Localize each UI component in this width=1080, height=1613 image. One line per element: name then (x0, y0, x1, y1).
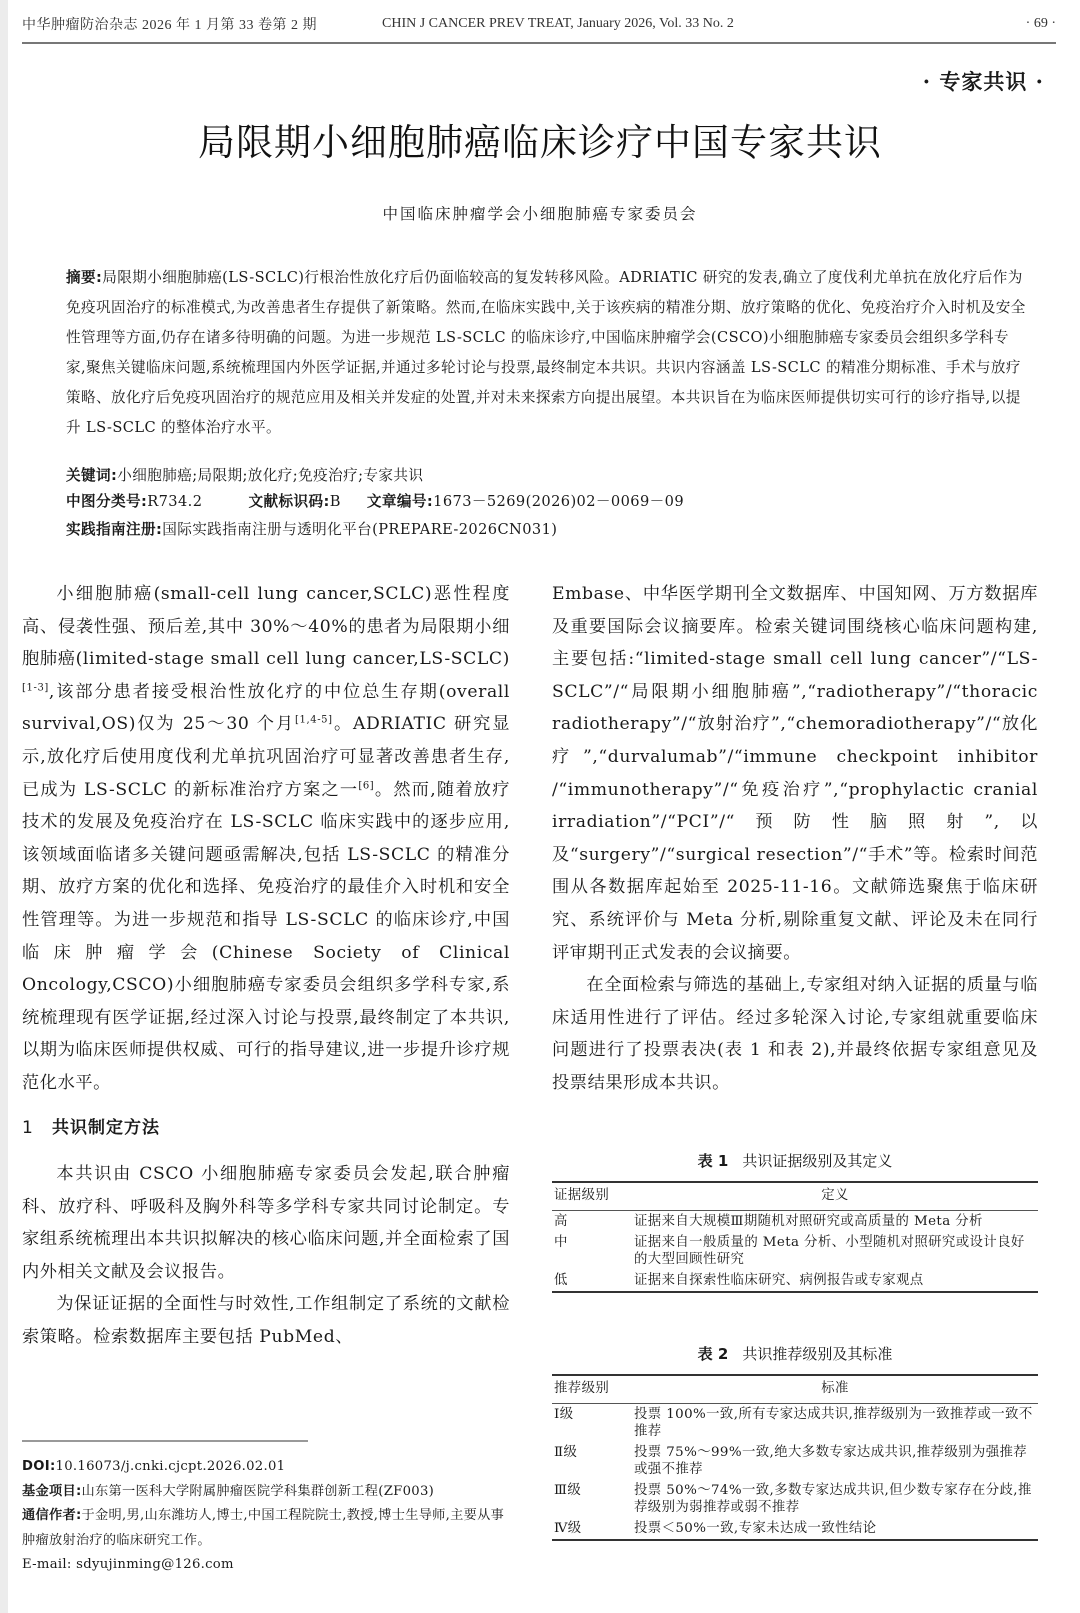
criteria-cell: 投票 75%～99%一致,绝大多数专家达成共识,推荐级别为强推荐或强不推荐 (632, 1442, 1038, 1480)
table-caption: 表 2共识推荐级别及其标准 (552, 1343, 1038, 1364)
section-heading: 1共识制定方法 (22, 1112, 510, 1145)
column-tag: · 专家共识 · (923, 66, 1044, 96)
article-no-value: 1673－5269(2026)02－0069－09 (433, 493, 684, 510)
article-title: 局限期小细胞肺癌临床诊疗中国专家共识 (0, 112, 1080, 166)
section-number: 1 (22, 1112, 52, 1145)
running-header: 中华肿瘤防治杂志 2026 年 1 月第 33 卷第 2 期 CHIN J CA… (22, 10, 1056, 38)
column-header: 证据级别 (552, 1182, 632, 1211)
table-number: 表 2 (698, 1345, 729, 1363)
paragraph-evaluation: 在全面检索与筛选的基础上,专家组对纳入证据的质量与临床适用性进行了评估。经过多轮… (552, 969, 1038, 1099)
corresponding-author: 通信作者:于金明,男,山东潍坊人,博士,中国工程院院士,教授,博士生导师,主要从… (22, 1504, 512, 1553)
citation[interactable]: [6] (358, 780, 374, 791)
doi-line: DOI:10.16073/j.cnki.cjcpt.2026.02.01 (22, 1455, 512, 1480)
level-cell: 低 (552, 1270, 632, 1292)
abstract-label: 摘要: (66, 269, 102, 286)
evidence-table: 证据级别 定义 高证据来自大规模Ⅲ期随机对照研究或高质量的 Meta 分析 中证… (552, 1181, 1038, 1293)
clc-value: R734.2 (147, 493, 202, 510)
section-title: 共识制定方法 (52, 1118, 160, 1138)
table-row: Ⅱ级投票 75%～99%一致,绝大多数专家达成共识,推荐级别为强推荐或强不推荐 (552, 1442, 1038, 1480)
corresponding-label: 通信作者: (22, 1508, 82, 1523)
intro-text-a: 小细胞肺癌(small-cell lung cancer,SCLC)恶性程度高、… (22, 584, 510, 669)
paragraph-method-2: 为保证证据的全面性与时效性,工作组制定了系统的文献检索策略。检索数据库主要包括 … (22, 1288, 510, 1353)
definition-cell: 证据来自大规模Ⅲ期随机对照研究或高质量的 Meta 分析 (632, 1211, 1038, 1233)
criteria-cell: 投票＜50%一致,专家未达成一致性结论 (632, 1518, 1038, 1540)
abstract: 摘要:局限期小细胞肺癌(LS-SCLC)行根治性放化疗后仍面临较高的复发转移风险… (66, 263, 1026, 443)
table-row: 低证据来自探索性临床研究、病例报告或专家观点 (552, 1270, 1038, 1292)
journal-issue-en: CHIN J CANCER PREV TREAT, January 2026, … (382, 16, 996, 32)
funding-label: 基金项目: (22, 1484, 82, 1499)
abstract-text: 局限期小细胞肺癌(LS-SCLC)行根治性放化疗后仍面临较高的复发转移风险。AD… (66, 269, 1026, 436)
doc-code-value: B (330, 493, 341, 510)
paragraph-intro: 小细胞肺癌(small-cell lung cancer,SCLC)恶性程度高、… (22, 578, 510, 1100)
funding-line: 基金项目:山东第一医科大学附属肿瘤医院学科集群创新工程(ZF003) (22, 1480, 512, 1505)
keywords: 关键词:小细胞肺癌;局限期;放化疗;免疫治疗;专家共识 (66, 464, 423, 488)
classification-line: 中图分类号:R734.2 文献标识码:B 文章编号:1673－5269(2026… (66, 490, 684, 514)
registration-label: 实践指南注册: (66, 521, 162, 538)
footnotes: DOI:10.16073/j.cnki.cjcpt.2026.02.01 基金项… (22, 1455, 512, 1578)
paragraph-method-1: 本共识由 CSCO 小细胞肺癌专家委员会发起,联合肿瘤科、放疗科、呼吸科及胸外科… (22, 1158, 510, 1288)
header-divider (22, 42, 1056, 44)
definition-cell: 证据来自探索性临床研究、病例报告或专家观点 (632, 1270, 1038, 1292)
doi-label: DOI: (22, 1459, 56, 1474)
level-cell: 高 (552, 1211, 632, 1233)
table-recommendation-levels: 表 2共识推荐级别及其标准 推荐级别 标准 Ⅰ级投票 100%一致,所有专家达成… (552, 1343, 1038, 1541)
table-row: 中证据来自一般质量的 Meta 分析、小型随机对照研究或设计良好的大型回顾性研究 (552, 1232, 1038, 1270)
table-row: Ⅰ级投票 100%一致,所有专家达成共识,推荐级别为一致推荐或一致不推荐 (552, 1404, 1038, 1443)
doi-link[interactable]: 10.16073/j.cnki.cjcpt.2026.02.01 (56, 1459, 286, 1474)
table-evidence-levels: 表 1共识证据级别及其定义 证据级别 定义 高证据来自大规模Ⅲ期随机对照研究或高… (552, 1150, 1038, 1293)
journal-issue-cn: 中华肿瘤防治杂志 2026 年 1 月第 33 卷第 2 期 (22, 14, 382, 34)
page-number: · 69 · (996, 16, 1056, 32)
doc-code-label: 文献标识码: (248, 493, 329, 510)
citation[interactable]: [1,4-5] (295, 715, 333, 726)
registration-text: 国际实践指南注册与透明化平台(PREPARE-2026CN031) (162, 521, 557, 538)
table-header-row: 推荐级别 标准 (552, 1375, 1038, 1404)
body-column-left: 小细胞肺癌(small-cell lung cancer,SCLC)恶性程度高、… (22, 578, 510, 1354)
keywords-label: 关键词: (66, 467, 117, 484)
level-cell: Ⅱ级 (552, 1442, 632, 1480)
table-title: 共识推荐级别及其标准 (742, 1345, 892, 1363)
table-title: 共识证据级别及其定义 (742, 1152, 892, 1170)
paragraph-search-strategy: Embase、中华医学期刊全文数据库、中国知网、万方数据库及重要国际会议摘要库。… (552, 578, 1038, 969)
column-header: 推荐级别 (552, 1375, 632, 1404)
column-header: 标准 (632, 1375, 1038, 1404)
criteria-cell: 投票 100%一致,所有专家达成共识,推荐级别为一致推荐或一致不推荐 (632, 1404, 1038, 1443)
clc-label: 中图分类号: (66, 493, 147, 510)
article-author: 中国临床肿瘤学会小细胞肺癌专家委员会 (0, 202, 1080, 224)
table-row: 高证据来自大规模Ⅲ期随机对照研究或高质量的 Meta 分析 (552, 1211, 1038, 1233)
keywords-text: 小细胞肺癌;局限期;放化疗;免疫治疗;专家共识 (117, 467, 423, 484)
email-link[interactable]: E-mail: sdyujinming@126.com (22, 1553, 512, 1578)
footnote-divider (22, 1440, 308, 1442)
level-cell: Ⅰ级 (552, 1404, 632, 1443)
registration-line: 实践指南注册:国际实践指南注册与透明化平台(PREPARE-2026CN031) (66, 518, 557, 542)
page-edge (0, 0, 8, 1613)
funding-text: 山东第一医科大学附属肿瘤医院学科集群创新工程(ZF003) (82, 1484, 435, 1499)
recommendation-table: 推荐级别 标准 Ⅰ级投票 100%一致,所有专家达成共识,推荐级别为一致推荐或一… (552, 1374, 1038, 1541)
corresponding-text: 于金明,男,山东潍坊人,博士,中国工程院院士,教授,博士生导师,主要从事肿瘤放射… (22, 1508, 504, 1548)
level-cell: Ⅳ级 (552, 1518, 632, 1540)
table-row: Ⅲ级投票 50%～74%一致,多数专家达成共识,但少数专家存在分歧,推荐级别为弱… (552, 1480, 1038, 1518)
citation[interactable]: [1-3] (22, 682, 49, 693)
definition-cell: 证据来自一般质量的 Meta 分析、小型随机对照研究或设计良好的大型回顾性研究 (632, 1232, 1038, 1270)
level-cell: Ⅲ级 (552, 1480, 632, 1518)
table-row: Ⅳ级投票＜50%一致,专家未达成一致性结论 (552, 1518, 1038, 1540)
table-number: 表 1 (698, 1152, 729, 1170)
table-header-row: 证据级别 定义 (552, 1182, 1038, 1211)
body-column-right: Embase、中华医学期刊全文数据库、中国知网、万方数据库及重要国际会议摘要库。… (552, 578, 1038, 1100)
criteria-cell: 投票 50%～74%一致,多数专家达成共识,但少数专家存在分歧,推荐级别为弱推荐… (632, 1480, 1038, 1518)
column-header: 定义 (632, 1182, 1038, 1211)
table-caption: 表 1共识证据级别及其定义 (552, 1150, 1038, 1171)
level-cell: 中 (552, 1232, 632, 1270)
article-no-label: 文章编号: (367, 493, 433, 510)
intro-text-d: 。然而,随着放疗技术的发展及免疫治疗在 LS-SCLC 临床实践中的逐步应用,该… (22, 780, 510, 1093)
